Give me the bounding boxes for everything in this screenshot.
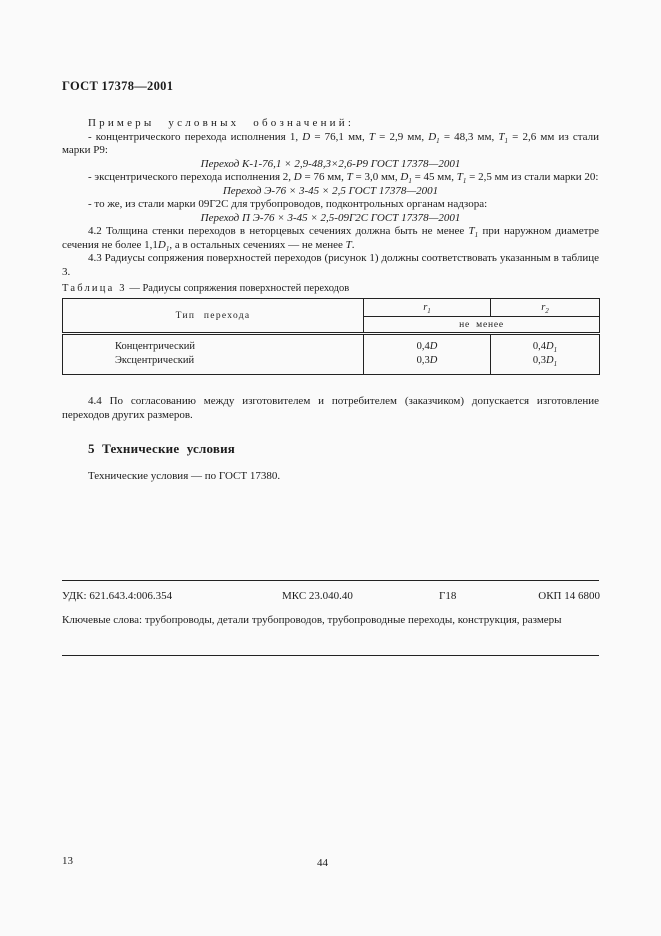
section-5-body: Технические условия — по ГОСТ 17380.: [62, 470, 599, 484]
table-3: Тип перехода r1 r2 не менее Концентричес…: [62, 298, 600, 375]
page-content: ГОСТ 17378—2001 Примеры условных обознач…: [62, 79, 599, 484]
table-value-r1-concentric: 0,4D: [364, 340, 490, 354]
keywords-paragraph: Ключевые слова: трубопроводы, детали тру…: [62, 613, 599, 627]
table-subheader-not-less: не менее: [364, 317, 600, 334]
clause-4-2: 4.2 Толщина стенки переходов в неторцевы…: [62, 225, 599, 252]
mks-code: МКС 23.040.40: [282, 590, 353, 602]
table-col-header-r1: r1: [364, 299, 491, 317]
table-cell-r1-values: 0,4D 0,3D: [364, 334, 491, 375]
example-item-steel-09g2s: - то же, из стали марки 09Г2С для трубоп…: [62, 198, 599, 212]
udk-code: УДК: 621.643.4:006.354: [62, 590, 172, 602]
group-code: Г18: [439, 590, 456, 602]
table-3-caption: Таблица 3 — Радиусы сопряжения поверхнос…: [62, 282, 599, 295]
table-cell-types: Концентрический Эксцентрический: [63, 334, 364, 375]
example-item-eccentric: - эксцентрического перехода исполнения 2…: [62, 171, 599, 185]
section-5-heading: 5 Технические условия: [62, 440, 599, 457]
clause-4-3: 4.3 Радиусы сопряжения поверхностей пере…: [62, 252, 599, 279]
table-header-row-1: Тип перехода r1 r2: [63, 299, 600, 317]
okp-code: ОКП 14 6800: [538, 590, 600, 602]
designation-eccentric: Переход Э-76 × 3-45 × 2,5 ГОСТ 17378—200…: [62, 185, 599, 199]
table-type-concentric: Концентрический: [63, 340, 363, 354]
designation-supervised: Переход П Э-76 × 3-45 × 2,5-09Г2С ГОСТ 1…: [62, 212, 599, 226]
table-value-r2-eccentric: 0,3D1: [491, 354, 599, 368]
page-number-center: 44: [317, 857, 328, 869]
clause-4-4: 4.4 По согласованию между изготовителем …: [62, 395, 599, 422]
example-item-concentric: - концентрического перехода исполнения 1…: [62, 131, 599, 158]
footer-rule-top: [62, 580, 599, 581]
table-col-header-r2: r2: [491, 299, 600, 317]
table-data-row: Концентрический Эксцентрический 0,4D 0,3…: [63, 334, 600, 375]
footer-rule-bottom: [62, 655, 599, 656]
table-value-r2-concentric: 0,4D1: [491, 340, 599, 354]
doc-code-header: ГОСТ 17378—2001: [62, 79, 599, 94]
examples-intro-text: Примеры условных обозначений:: [88, 117, 354, 129]
designation-concentric: Переход К-1-76,1 × 2,9-48,3×2,6-Р9 ГОСТ …: [62, 158, 599, 172]
table-value-r1-eccentric: 0,3D: [364, 354, 490, 368]
table-col-header-type: Тип перехода: [63, 299, 364, 334]
classification-row: УДК: 621.643.4:006.354 МКС 23.040.40 Г18…: [62, 590, 600, 604]
document-page: ГОСТ 17378—2001 Примеры условных обознач…: [0, 0, 661, 936]
table-type-eccentric: Эксцентрический: [63, 354, 363, 368]
table-cell-r2-values: 0,4D1 0,3D1: [491, 334, 600, 375]
page-number-left: 13: [62, 855, 73, 867]
examples-intro: Примеры условных обозначений:: [62, 117, 599, 131]
